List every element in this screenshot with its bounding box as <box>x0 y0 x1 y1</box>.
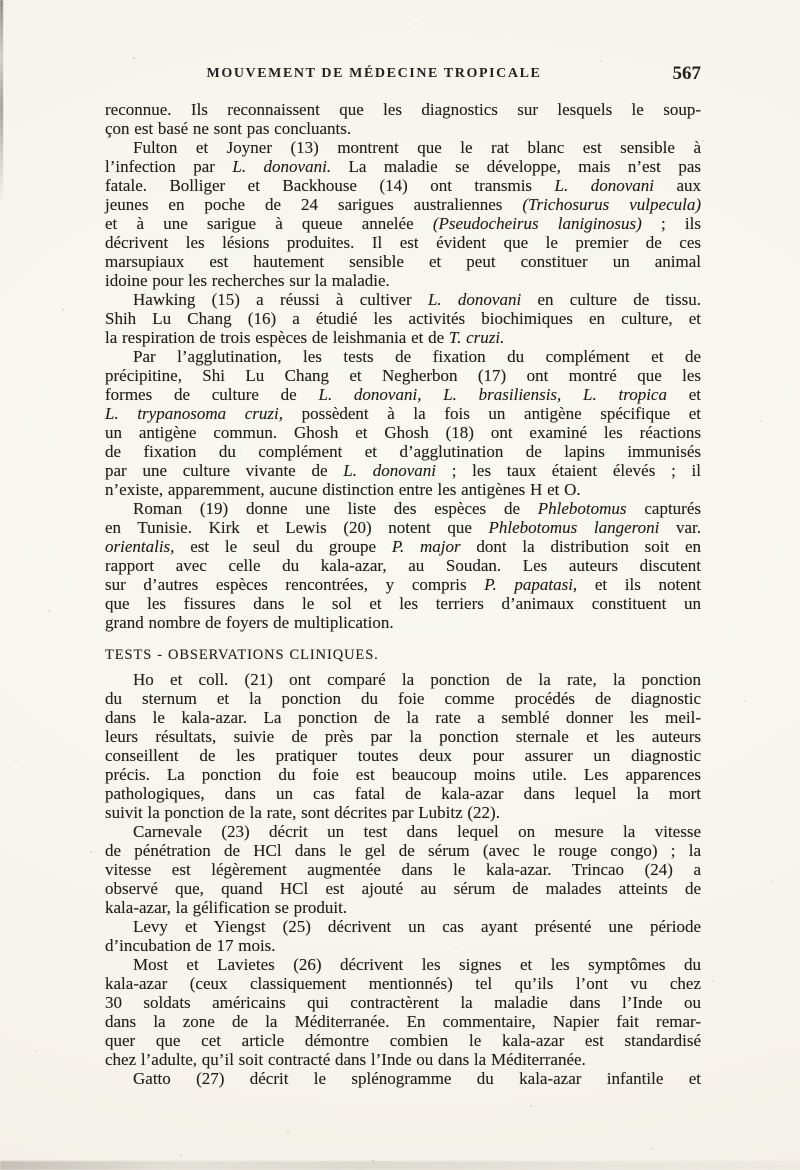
text-line: marsupiaux est hautement sensible et peu… <box>105 252 701 271</box>
text-line: Shih Lu Chang (16) a étudié les activité… <box>105 309 701 328</box>
paragraph: Carnevale (23) décrit un test dans leque… <box>105 822 701 917</box>
text-line: jeunes en poche de 24 sarigues australie… <box>105 195 701 214</box>
text-line: l’infection par L. donovani. La maladie … <box>105 157 701 176</box>
text-column: reconnue. Ils reconnaissent que les diag… <box>105 100 701 1088</box>
text-line: kala-azar (ceux classiquement mentionnés… <box>105 974 701 993</box>
text-line: conseillent de les pratiquer toutes deux… <box>105 746 701 765</box>
paragraph: Roman (19) donne une liste des espèces d… <box>105 499 701 632</box>
text-line: de fixation du complément et d’agglutina… <box>105 442 701 461</box>
text-line: observé que, quand HCl est ajouté au sér… <box>105 879 701 898</box>
text-line: et à une sarigue à queue annelée (Pseudo… <box>105 214 701 233</box>
text-line: décrivent les lésions produites. Il est … <box>105 233 701 252</box>
text-line: Gatto (27) décrit le splénogramme du kal… <box>105 1069 701 1088</box>
text-line: un antigène commun. Ghosh et Ghosh (18) … <box>105 423 701 442</box>
text-line: orientalis, est le seul du groupe P. maj… <box>105 537 701 556</box>
text-line: rapport avec celle du kala-azar, au Soud… <box>105 556 701 575</box>
text-line: Fulton et Joyner (13) montrent que le ra… <box>105 138 701 157</box>
text-line: précis. La ponction du foie est beaucoup… <box>105 765 701 784</box>
paragraph: Gatto (27) décrit le splénogramme du kal… <box>105 1069 701 1088</box>
scanned-page: MOUVEMENT DE MÉDECINE TROPICALE 567 reco… <box>0 0 800 1170</box>
text-line: sur d’autres espèces rencontrées, y comp… <box>105 575 701 594</box>
text-line: quer que cet article démontre combien le… <box>105 1031 701 1050</box>
text-line: Hawking (15) a réussi à cultiver L. dono… <box>105 290 701 309</box>
paragraph: Par l’agglutination, les tests de fixati… <box>105 347 701 499</box>
text-line: Most et Lavietes (26) décrivent les sign… <box>105 955 701 974</box>
text-line: idoine pour les recherches sur la maladi… <box>105 271 701 290</box>
text-line: précipitine, Shi Lu Chang et Negherbon (… <box>105 366 701 385</box>
text-line: 30 soldats américains qui contractèrent … <box>105 993 701 1012</box>
text-line: formes de culture de L. donovani, L. bra… <box>105 385 701 404</box>
text-line: dans le kala-azar. La ponction de la rat… <box>105 708 701 727</box>
paragraph: reconnue. Ils reconnaissent que les diag… <box>105 100 701 138</box>
page-number: 567 <box>673 63 702 85</box>
text-line: leurs résultats, suivie de près par la p… <box>105 727 701 746</box>
paragraph: Most et Lavietes (26) décrivent les sign… <box>105 955 701 1069</box>
paragraph: Fulton et Joyner (13) montrent que le ra… <box>105 138 701 290</box>
text-line: chez l’adulte, qu’il soit contracté dans… <box>105 1050 701 1069</box>
scan-edge-artifact-bottom <box>0 1161 800 1170</box>
paragraph: Levy et Yiengst (25) décrivent un cas ay… <box>105 917 701 955</box>
text-line: par une culture vivante de L. donovani ;… <box>105 461 701 480</box>
text-line: de pénétration de HCl dans le gel de sér… <box>105 841 701 860</box>
text-line: grand nombre de foyers de multiplication… <box>105 613 701 632</box>
text-line: dans la zone de la Méditerranée. En comm… <box>105 1012 701 1031</box>
text-line: en Tunisie. Kirk et Lewis (20) notent qu… <box>105 518 701 537</box>
text-line: pathologiques, dans un cas fatal de kala… <box>105 784 701 803</box>
text-line: d’incubation de 17 mois. <box>105 936 701 955</box>
text-line: que les fissures dans le sol et les terr… <box>105 594 701 613</box>
text-line: L. trypanosoma cruzi, possèdent à la foi… <box>105 404 701 423</box>
text-line: du sternum et la ponction du foie comme … <box>105 689 701 708</box>
text-line: kala-azar, la gélification se produit. <box>105 898 701 917</box>
text-line: suivit la ponction de la rate, sont décr… <box>105 803 701 822</box>
text-line: çon est basé ne sont pas concluants. <box>105 119 701 138</box>
text-line: vitesse est légèrement augmentée dans le… <box>105 860 701 879</box>
journal-title: MOUVEMENT DE MÉDECINE TROPICALE <box>105 66 643 82</box>
paragraph: Ho et coll. (21) ont comparé la ponction… <box>105 670 701 822</box>
section-heading: TESTS - OBSERVATIONS CLINIQUES. <box>105 646 701 665</box>
text-line: Roman (19) donne une liste des espèces d… <box>105 499 701 518</box>
text-line: Par l’agglutination, les tests de fixati… <box>105 347 701 366</box>
text-line: n’existe, apparemment, aucune distinctio… <box>105 480 701 499</box>
text-line: la respiration de trois espèces de leish… <box>105 328 701 347</box>
text-line: fatale. Bolliger et Backhouse (14) ont t… <box>105 176 701 195</box>
text-line: Levy et Yiengst (25) décrivent un cas ay… <box>105 917 701 936</box>
text-line: Ho et coll. (21) ont comparé la ponction… <box>105 670 701 689</box>
running-header: MOUVEMENT DE MÉDECINE TROPICALE 567 <box>105 66 701 88</box>
scan-edge-artifact-left <box>0 0 3 205</box>
paragraph: Hawking (15) a réussi à cultiver L. dono… <box>105 290 701 347</box>
text-line: Carnevale (23) décrit un test dans leque… <box>105 822 701 841</box>
text-line: reconnue. Ils reconnaissent que les diag… <box>105 100 701 119</box>
